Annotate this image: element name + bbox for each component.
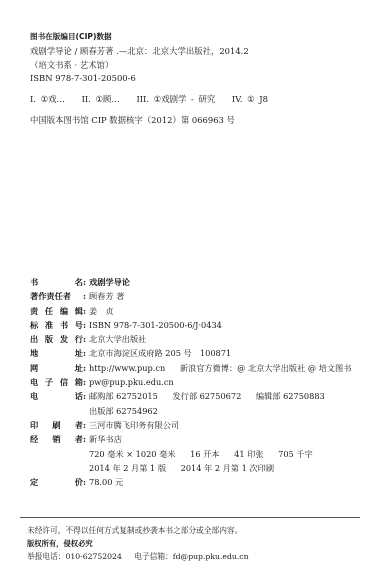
label-price: 定 价 — [30, 475, 83, 489]
value-email[interactable]: pw@pup.pku.edu.cn — [89, 375, 174, 389]
weibo-text: 新浪官方微博：@ 北京大学出版社 @ 培文图书 — [180, 363, 352, 373]
row-edition: . : 2014 年 2 月第 1 版 2014 年 2 月第 1 次印刷 — [30, 461, 363, 475]
publication-info: 书 名 : 戏剧学导论 著作责任者 : 顾春芳 著 责 任 编 辑 : 姜 贞 … — [30, 275, 363, 489]
footer-divider — [20, 517, 360, 518]
row-phone-extra: . : 出版部 62754962 — [30, 404, 363, 418]
row-printer: 印 刷 者 : 三河市腾飞印务有限公司 — [30, 418, 363, 432]
value-publisher: 北京大学出版社 — [89, 332, 146, 346]
label-isbn: 标 准 书 号 — [30, 318, 83, 332]
format-sheets: 41 印张 — [234, 449, 263, 459]
copyright-notice: 未经许可，不得以任何方式复制或抄袭本书之部分或全部内容。 — [27, 524, 259, 537]
edition-version: 2014 年 2 月第 1 版 — [89, 463, 166, 473]
classification-1: I. ①戏… — [30, 94, 65, 104]
phone-mail-order: 邮购部 62752015 — [89, 391, 158, 401]
format-words: 705 千字 — [278, 449, 313, 459]
value-isbn: ISBN 978-7-301-20500-6/J·0434 — [89, 318, 222, 332]
label-email: 电 子 信 箱 — [30, 375, 83, 389]
format-kai: 16 开本 — [190, 449, 219, 459]
cip-line-isbn: ISBN 978-7-301-20500-6 — [30, 72, 280, 84]
label-website: 网 址 — [30, 361, 83, 375]
label-distributor: 经 销 者 — [30, 432, 83, 446]
phone-publishing: 出版部 62754962 — [89, 404, 158, 418]
report-email: 电子信箱：fd@pup.pku.edu.cn — [134, 552, 248, 561]
row-price: 定 价 : 78.00 元 — [30, 475, 363, 489]
cip-line-title: 戏剧学导论 / 顾春芳著 .—北京：北京大学出版社，2014.2 — [30, 45, 280, 57]
edition-printing: 2014 年 2 月第 1 次印刷 — [181, 463, 274, 473]
value-distributor: 新华书店 — [89, 432, 122, 446]
report-phone: 举报电话：010-62752024 — [27, 552, 122, 561]
format-size: 720 毫米 × 1020 毫米 — [89, 449, 176, 459]
row-author: 著作责任者 : 顾春芳 著 — [30, 289, 363, 303]
value-website: http://www.pup.cn 新浪官方微博：@ 北京大学出版社 @ 培文图… — [89, 361, 363, 375]
row-distributor: 经 销 者 : 新华书店 — [30, 432, 363, 446]
row-address: 地 址 : 北京市海淀区成府路 205 号 100871 — [30, 346, 363, 360]
value-price: 78.00 元 — [89, 475, 123, 489]
website-link[interactable]: http://www.pup.cn — [89, 363, 165, 373]
value-editor: 姜 贞 — [89, 304, 114, 318]
phone-editorial: 编辑部 62750883 — [256, 391, 325, 401]
label-editor: 责 任 编 辑 — [30, 304, 83, 318]
value-author: 顾春芳 著 — [89, 289, 124, 303]
value-address: 北京市海淀区成府路 205 号 100871 — [89, 346, 231, 360]
cip-block: 图书在版编目(CIP)数据 戏剧学导论 / 顾春芳著 .—北京：北京大学出版社，… — [30, 31, 280, 126]
row-format: . : 720 毫米 × 1020 毫米 16 开本 41 印张 705 千字 — [30, 447, 363, 461]
value-format: 720 毫米 × 1020 毫米 16 开本 41 印张 705 千字 — [89, 447, 325, 461]
copyright-footer: 未经许可，不得以任何方式复制或抄袭本书之部分或全部内容。 版权所有，侵权必究 举… — [27, 524, 259, 564]
row-email: 电 子 信 箱 : pw@pup.pku.edu.cn — [30, 375, 363, 389]
classification-3: III. ①戏剧学 - 研究 — [136, 94, 215, 104]
label-printer: 印 刷 者 — [30, 418, 83, 432]
cip-classification: I. ①戏… II. ①顾… III. ①戏剧学 - 研究 IV. ① J8 — [30, 93, 280, 105]
classification-4: IV. ① J8 — [232, 94, 268, 104]
row-isbn: 标 准 书 号 : ISBN 978-7-301-20500-6/J·0434 — [30, 318, 363, 332]
classification-2: II. ①顾… — [82, 94, 120, 104]
value-printer: 三河市腾飞印务有限公司 — [89, 418, 179, 432]
label-book-title: 书 名 — [30, 275, 83, 289]
report-line: 举报电话：010-62752024 电子信箱：fd@pup.pku.edu.cn — [27, 550, 259, 563]
value-edition: 2014 年 2 月第 1 版 2014 年 2 月第 1 次印刷 — [89, 461, 286, 475]
cip-cataloging-record: 中国版本图书馆 CIP 数据核字（2012）第 066963 号 — [30, 114, 280, 126]
label-publisher: 出 版 发 行 — [30, 332, 83, 346]
label-phone: 电 话 — [30, 389, 83, 403]
rights-reserved: 版权所有，侵权必究 — [27, 537, 259, 550]
row-website: 网 址 : http://www.pup.cn 新浪官方微博：@ 北京大学出版社… — [30, 361, 363, 375]
label-author: 著作责任者 — [30, 289, 83, 303]
row-book-title: 书 名 : 戏剧学导论 — [30, 275, 363, 289]
cip-line-series: （培文书系 · 艺术馆） — [30, 59, 280, 71]
row-phone: 电 话 : 邮购部 62752015 发行部 62750672 编辑部 6275… — [30, 389, 363, 403]
value-phone: 邮购部 62752015 发行部 62750672 编辑部 62750883 — [89, 389, 337, 403]
phone-distribution: 发行部 62750672 — [172, 391, 241, 401]
row-editor: 责 任 编 辑 : 姜 贞 — [30, 304, 363, 318]
row-publisher: 出 版 发 行 : 北京大学出版社 — [30, 332, 363, 346]
value-book-title: 戏剧学导论 — [89, 275, 130, 289]
cip-title: 图书在版编目(CIP)数据 — [30, 31, 280, 43]
label-address: 地 址 — [30, 346, 83, 360]
